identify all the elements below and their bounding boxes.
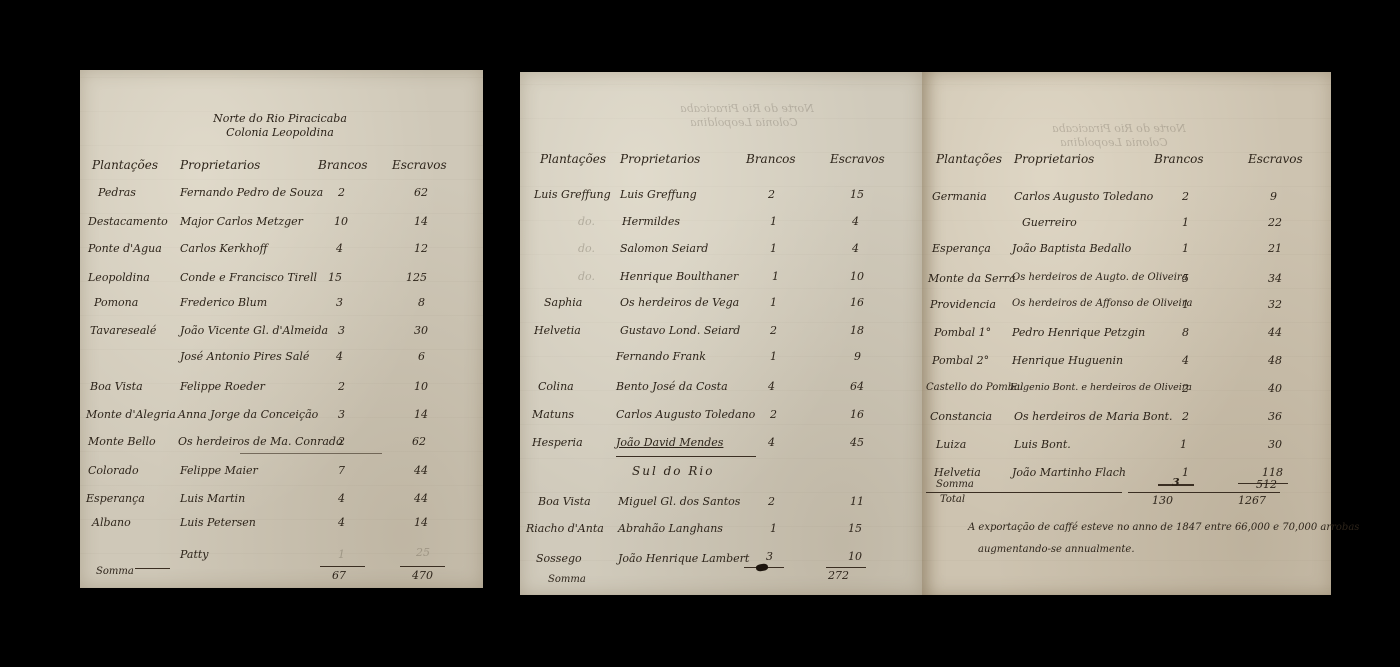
cell-plantation: do. <box>578 242 595 255</box>
ink-blot <box>756 563 769 572</box>
cell-whites: 1 <box>1182 466 1189 479</box>
header-slaves: Escravos <box>1248 152 1303 166</box>
cell-owner: Bento José da Costa <box>616 380 728 393</box>
cell-plantation: do. <box>578 270 595 283</box>
cell-owner: Miguel Gl. dos Santos <box>618 495 740 508</box>
cell-plantation: Colorado <box>88 464 139 477</box>
cell-whites: 2 <box>338 186 345 199</box>
cell-slaves: 25 <box>416 546 430 559</box>
cell-whites: 2 <box>1182 190 1189 203</box>
cell-slaves: 32 <box>1268 298 1282 311</box>
cell-plantation: Castello do Pombal <box>926 382 1023 393</box>
cell-plantation: Pombal 1° <box>934 326 991 339</box>
cell-whites: 7 <box>338 464 345 477</box>
cell-owner: Carlos Kerkhoff <box>180 242 267 255</box>
cell-whites: 15 <box>328 271 342 284</box>
cell-owner: João Vicente Gl. d'Almeida <box>180 324 328 337</box>
cell-plantation: Matuns <box>532 408 574 421</box>
cell-plantation: Hesperia <box>532 436 583 449</box>
cell-slaves: 9 <box>854 350 861 363</box>
cell-plantation: Monte da Serra <box>928 272 1016 285</box>
cell-slaves: 18 <box>850 324 864 337</box>
cell-plantation: Sossego <box>536 552 582 565</box>
cell-slaves: 14 <box>414 516 428 529</box>
cell-plantation: Ponte d'Agua <box>88 242 162 255</box>
cell-whites: 5 <box>1182 272 1189 285</box>
cell-whites: 1 <box>770 242 777 255</box>
cell-plantation: Germania <box>932 190 987 203</box>
cell-owner: Carlos Augusto Toledano <box>1014 190 1153 203</box>
cell-slaves: 30 <box>414 324 428 337</box>
cell-slaves: 12 <box>414 242 428 255</box>
cell-slaves: 10 <box>848 550 862 563</box>
section-rule <box>616 456 756 457</box>
cell-whites: 2 <box>1182 382 1189 395</box>
cell-slaves: 8 <box>418 296 425 309</box>
cell-whites: 4 <box>338 492 345 505</box>
cell-owner: Fernando Frank <box>616 350 706 363</box>
header-slaves: Escravos <box>830 152 885 166</box>
cell-plantation: Boa Vista <box>538 495 591 508</box>
total-rule-left <box>926 492 1122 493</box>
cell-plantation: Riacho d'Anta <box>526 522 604 535</box>
cell-owner: Abrahão Langhans <box>618 522 723 535</box>
cell-plantation: Pomona <box>94 296 138 309</box>
cell-plantation: Pombal 2° <box>932 354 989 367</box>
cell-slaves: 44 <box>414 492 428 505</box>
sum-label: Somma <box>548 574 586 585</box>
header-slaves: Escravos <box>392 158 447 172</box>
cell-owner: Felippe Maier <box>180 464 258 477</box>
cell-whites: 1 <box>1182 242 1189 255</box>
cell-owner: Luis Martin <box>180 492 245 505</box>
header-owners: Proprietarios <box>1014 152 1094 166</box>
total-label: Total <box>940 494 965 505</box>
cell-plantation: Providencia <box>930 298 996 311</box>
cell-plantation: Boa Vista <box>90 380 143 393</box>
cell-whites: 4 <box>1182 354 1189 367</box>
cell-whites: 1 <box>770 522 777 535</box>
cell-owner: Henrique Huguenin <box>1012 354 1123 367</box>
cell-owner: Guerreiro <box>1022 216 1077 229</box>
sum-label: Somma <box>936 479 974 490</box>
header-whites: Brancos <box>1154 152 1204 166</box>
cell-slaves: 125 <box>406 271 427 284</box>
header-plantations: Plantações <box>92 158 158 172</box>
cell-whites: 1 <box>1182 216 1189 229</box>
cell-slaves: 15 <box>850 188 864 201</box>
cell-owner: Frederico Blum <box>180 296 267 309</box>
sum-slaves: 512 <box>1256 478 1277 491</box>
sum-label: Somma <box>96 566 134 577</box>
cell-slaves: 22 <box>1268 216 1282 229</box>
footnote-coffee-export: A exportação de caffé esteve no anno de … <box>968 522 1359 533</box>
cell-slaves: 44 <box>1268 326 1282 339</box>
cell-slaves: 11 <box>850 495 864 508</box>
middle-manuscript-page: Norte do Rio Piracicaba Colonia Leopoldi… <box>520 72 922 595</box>
header-whites: Brancos <box>318 158 368 172</box>
cell-plantation: do. <box>578 215 595 228</box>
bleed-through-subtitle: Colonia Leopoldina <box>1060 136 1168 149</box>
right-manuscript-page: Norte do Rio Piracicaba Colonia Leopoldi… <box>922 72 1331 595</box>
cell-slaves: 15 <box>848 522 862 535</box>
cell-plantation: Leopoldina <box>88 271 150 284</box>
cell-slaves: 4 <box>852 242 859 255</box>
header-whites: Brancos <box>746 152 796 166</box>
cell-owner: Pedro Henrique Petzgin <box>1012 326 1145 339</box>
cell-owner: Os herdeiros de Maria Bont. <box>1014 410 1173 423</box>
cell-whites: 4 <box>336 242 343 255</box>
cell-slaves: 16 <box>850 296 864 309</box>
page-title-region: Norte do Rio Piracicaba <box>180 112 380 125</box>
cell-owner: Salomon Seiard <box>620 242 708 255</box>
cell-whites: 3 <box>338 408 345 421</box>
cell-slaves: 10 <box>850 270 864 283</box>
cell-whites: 3 <box>766 550 773 563</box>
header-plantations: Plantações <box>540 152 606 166</box>
cell-slaves: 10 <box>414 380 428 393</box>
total-rule-right <box>1128 492 1280 493</box>
sum-whites: 3 <box>1172 476 1180 489</box>
cell-owner: Os herdeiros de Augto. de Oliveira <box>1012 272 1188 283</box>
cell-whites: 1 <box>1182 298 1189 311</box>
header-plantations: Plantações <box>936 152 1002 166</box>
cell-slaves: 44 <box>414 464 428 477</box>
page-subtitle-colony: Colonia Leopoldina <box>180 126 380 139</box>
cell-slaves: 62 <box>414 186 428 199</box>
cell-owner: Conde e Francisco Tirell <box>180 271 317 284</box>
cell-owner: Carlos Augusto Toledano <box>616 408 755 421</box>
cell-plantation: Colina <box>538 380 574 393</box>
cell-owner: João Martinho Flach <box>1012 466 1126 479</box>
cell-owner: Eugenio Bont. e herdeiros de Oliveira <box>1010 382 1192 393</box>
cell-whites: 4 <box>336 350 343 363</box>
cell-whites: 3 <box>338 324 345 337</box>
cell-plantation: Luis Greffung <box>534 188 611 201</box>
cell-owner: Henrique Boulthaner <box>620 270 738 283</box>
sum-rule-whites <box>320 566 365 567</box>
sum-rule-slaves <box>400 566 445 567</box>
cell-owner: Patty <box>180 548 209 561</box>
cell-slaves: 36 <box>1268 410 1282 423</box>
cell-whites: 10 <box>334 215 348 228</box>
cell-whites: 3 <box>336 296 343 309</box>
cell-whites: 1 <box>770 215 777 228</box>
cell-plantation: Albano <box>92 516 131 529</box>
cell-whites: 2 <box>768 188 775 201</box>
cell-owner: Major Carlos Metzger <box>180 215 303 228</box>
cell-slaves: 21 <box>1268 242 1282 255</box>
sum-slaves: 470 <box>412 569 433 582</box>
cell-plantation: Tavaresealé <box>90 324 156 337</box>
cell-owner: Anna Jorge da Conceição <box>178 408 318 421</box>
cell-whites: 2 <box>768 495 775 508</box>
cell-whites: 1 <box>338 548 345 561</box>
cell-owner: Luis Petersen <box>180 516 256 529</box>
cell-slaves: 4 <box>852 215 859 228</box>
cell-owner: João Baptista Bedallo <box>1012 242 1131 255</box>
cell-whites: 4 <box>768 436 775 449</box>
cell-slaves: 34 <box>1268 272 1282 285</box>
cell-slaves: 62 <box>412 435 426 448</box>
cell-whites: 8 <box>1182 326 1189 339</box>
cell-plantation: Constancia <box>930 410 992 423</box>
footnote-continuation: augmentando-se annualmente. <box>978 544 1135 555</box>
cell-slaves: 6 <box>418 350 425 363</box>
cell-slaves: 40 <box>1268 382 1282 395</box>
cell-slaves: 9 <box>1270 190 1277 203</box>
header-owners: Proprietarios <box>620 152 700 166</box>
header-owners: Proprietarios <box>180 158 260 172</box>
cell-plantation: Destacamento <box>88 215 168 228</box>
cell-owner: Hermildes <box>622 215 680 228</box>
sum-rule-slaves <box>826 567 866 568</box>
cell-whites: 1 <box>772 270 779 283</box>
cell-plantation: Esperança <box>86 492 145 505</box>
cell-owner: Luis Bont. <box>1014 438 1071 451</box>
cell-owner: José Antonio Pires Salé <box>180 350 309 363</box>
sum-slaves: 272 <box>828 569 849 582</box>
cell-slaves: 48 <box>1268 354 1282 367</box>
cell-slaves: 64 <box>850 380 864 393</box>
cell-owner: Os herdeiros de Ma. Conrado <box>178 435 343 448</box>
cell-owner: Felippe Roeder <box>180 380 265 393</box>
cell-whites: 2 <box>770 324 777 337</box>
cell-owner: Os herdeiros de Vega <box>620 296 739 309</box>
cell-plantation: Monte Bello <box>88 435 156 448</box>
cell-whites: 2 <box>1182 410 1189 423</box>
cell-owner: João Henrique Lambert <box>618 552 749 565</box>
cell-whites: 1 <box>770 350 777 363</box>
left-manuscript-page: Norte do Rio Piracicaba Colonia Leopoldi… <box>80 70 483 588</box>
cell-owner: Os herdeiros de Affonso de Oliveira <box>1012 298 1192 309</box>
cell-plantation: Esperança <box>932 242 991 255</box>
cell-owner: Gustavo Lond. Seiard <box>620 324 740 337</box>
total-slaves: 1267 <box>1238 494 1266 507</box>
cell-slaves: 30 <box>1268 438 1282 451</box>
cell-owner: Luis Greffung <box>620 188 697 201</box>
cell-slaves: 14 <box>414 215 428 228</box>
cell-plantation: Pedras <box>98 186 136 199</box>
cell-whites: 1 <box>1180 438 1187 451</box>
cell-slaves: 14 <box>414 408 428 421</box>
total-whites: 130 <box>1152 494 1173 507</box>
cell-whites: 1 <box>770 296 777 309</box>
cell-whites: 4 <box>338 516 345 529</box>
cell-whites: 2 <box>338 380 345 393</box>
cell-plantation: Helvetia <box>934 466 981 479</box>
cell-whites: 2 <box>770 408 777 421</box>
cell-owner: Fernando Pedro de Souza <box>180 186 323 199</box>
underline-rule <box>240 453 382 454</box>
bleed-through-title: Norte do Rio Piracicaba <box>680 102 814 115</box>
cell-plantation: Luiza <box>936 438 966 451</box>
sum-whites: 67 <box>332 569 346 582</box>
section-title-south: Sul do Rio <box>632 464 714 478</box>
sum-rule <box>135 568 170 569</box>
cell-plantation: Monte d'Alegria <box>86 408 176 421</box>
cell-plantation: Saphia <box>544 296 582 309</box>
cell-whites: 4 <box>768 380 775 393</box>
bleed-through-subtitle: Colonia Leopoldina <box>690 116 798 129</box>
cell-slaves: 45 <box>850 436 864 449</box>
cell-slaves: 16 <box>850 408 864 421</box>
cell-plantation: Helvetia <box>534 324 581 337</box>
bleed-through-title: Norte do Rio Piracicaba <box>1052 122 1186 135</box>
cell-whites: 2 <box>338 435 345 448</box>
cell-owner: João David Mendes <box>616 436 723 449</box>
